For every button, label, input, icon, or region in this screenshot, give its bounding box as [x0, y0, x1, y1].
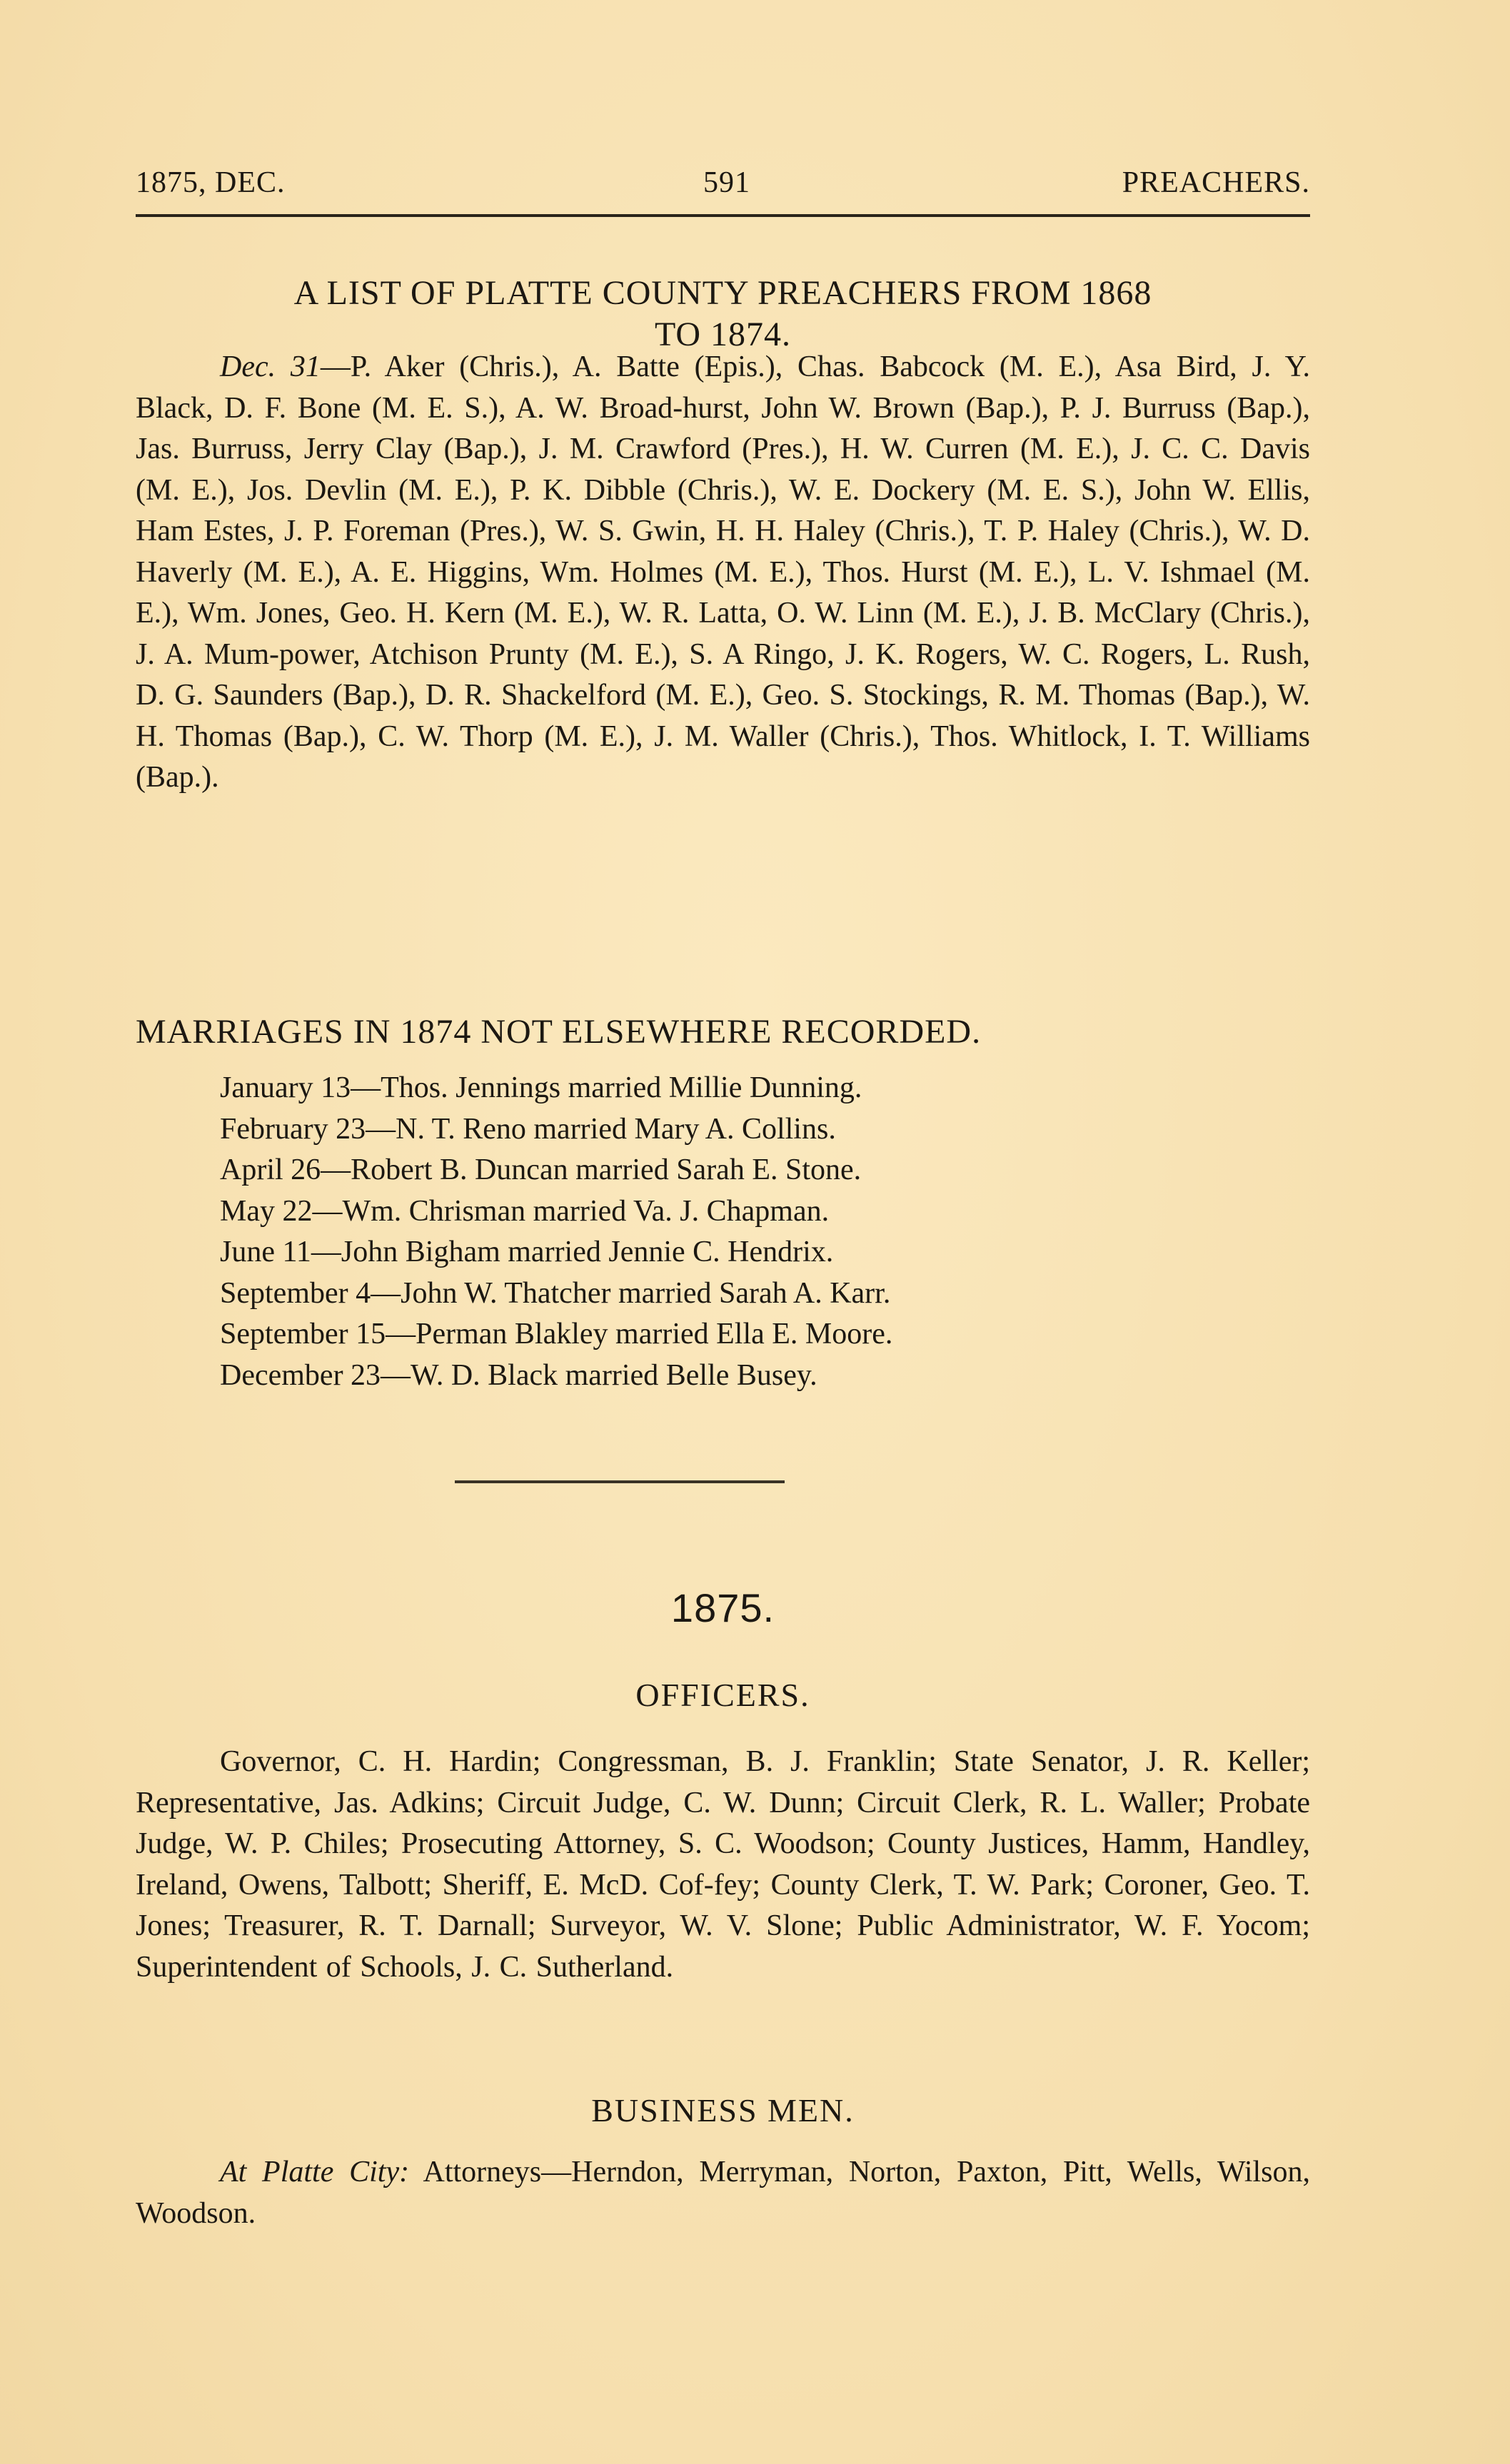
marriage-entry: September 4—John W. Thatcher married Sar… [220, 1273, 1291, 1315]
marriage-entry: June 11—John Bigham married Jennie C. He… [220, 1232, 1291, 1273]
marriage-entry: May 22—Wm. Chrisman married Va. J. Chapm… [220, 1191, 1291, 1233]
page-number: 591 [703, 166, 750, 200]
marriage-entry: April 26—Robert B. Duncan married Sarah … [220, 1150, 1291, 1191]
business-men-title: BUSINESS MEN. [136, 2091, 1310, 2129]
preachers-list-text: —P. Aker (Chris.), A. Batte (Epis.), Cha… [136, 350, 1310, 794]
running-head-date: 1875, DEC. [136, 166, 286, 200]
marriage-entry: September 15—Perman Blakley married Ella… [220, 1314, 1291, 1355]
running-head-section: PREACHERS. [1122, 166, 1310, 200]
marriage-entry: January 13—Thos. Jennings married Millie… [220, 1068, 1291, 1109]
section-divider-rule [455, 1480, 785, 1483]
marriage-entry: February 23—N. T. Reno married Mary A. C… [220, 1109, 1291, 1151]
business-place-label: At Platte City: [220, 2156, 409, 2188]
business-men-paragraph: At Platte City: Attorneys—Herndon, Merry… [136, 2152, 1310, 2234]
header-rule [136, 214, 1310, 217]
preachers-date-label: Dec. 31 [220, 350, 321, 383]
preachers-title: A LIST OF PLATTE COUNTY PREACHERS FROM 1… [136, 273, 1310, 355]
marriages-list: January 13—Thos. Jennings married Millie… [220, 1068, 1291, 1396]
marriage-entry: December 23—W. D. Black married Belle Bu… [220, 1355, 1291, 1397]
running-head: 1875, DEC. 591 PREACHERS. [136, 166, 1310, 208]
officers-title: OFFICERS. [136, 1676, 1310, 1714]
officers-paragraph: Governor, C. H. Hardin; Congressman, B. … [136, 1742, 1310, 1988]
preachers-list-paragraph: Dec. 31—P. Aker (Chris.), A. Batte (Epis… [136, 347, 1310, 799]
preachers-title-line1: A LIST OF PLATTE COUNTY PREACHERS FROM 1… [136, 273, 1310, 314]
marriages-title: MARRIAGES IN 1874 NOT ELSEWHERE RECORDED… [136, 1012, 1310, 1051]
year-heading: 1875. [136, 1585, 1310, 1631]
